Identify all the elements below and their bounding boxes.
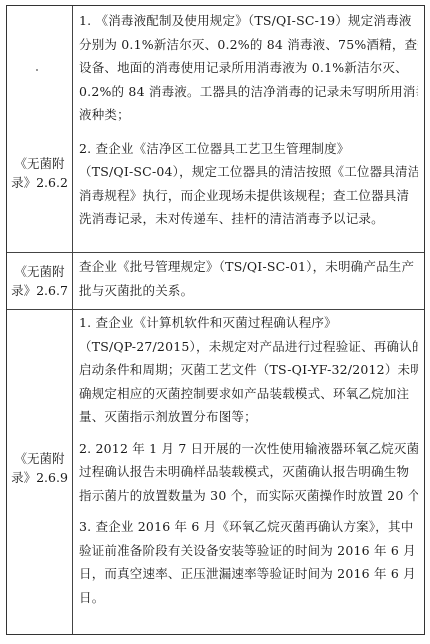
clause-label-line: 录》2.6.7 bbox=[11, 281, 68, 300]
text-line: 查企业《批号管理规定》（TS/QI-SC-01），未明确产品生产 bbox=[79, 255, 418, 279]
text-line: 日。 bbox=[79, 586, 418, 610]
text-line: 3. 查企业 2016 年 6 月《环氧乙烷灭菌再确认方案》，其中 bbox=[79, 515, 418, 539]
inspection-findings-table: 《无菌附 录》2.6.2 1. 《消毒液配制及使用规定》（TS/QI-SC-19… bbox=[6, 5, 425, 635]
finding-paragraph: 查企业《批号管理规定》（TS/QI-SC-01），未明确产品生产 批与灭菌批的关… bbox=[79, 255, 418, 302]
finding-paragraph: 2. 2012 年 1 月 7 日开展的一次性使用输液器环氧乙烷灭菌 过程确认报… bbox=[79, 437, 418, 508]
text-line: 确规定相应的灭菌控制要求如产品装载模式、环氧乙烷加注 bbox=[79, 382, 418, 406]
text-line: 指示菌片的放置数量为 30 个，而实际灭菌操作时放置 20 个； bbox=[79, 484, 418, 508]
text-line: 分别为 0.1%新洁尔灭、0.2%的 84 消毒液、75%酒精，查操作 bbox=[79, 33, 418, 57]
finding-paragraph: 2. 查企业《洁净区工位器具工艺卫生管理制度》 （TS/QI-SC-04），规定… bbox=[79, 137, 418, 231]
table-row: 《无菌附 录》2.6.2 1. 《消毒液配制及使用规定》（TS/QI-SC-19… bbox=[7, 6, 424, 252]
finding-paragraph: 1. 查企业《计算机软件和灭菌过程确认程序》 （TS/QP-27/2015），未… bbox=[79, 311, 418, 429]
text-line: 1. 查企业《计算机软件和灭菌过程确认程序》 bbox=[79, 311, 418, 335]
clause-label: 《无菌附 录》2.6.7 bbox=[7, 253, 73, 309]
finding-content: 1. 《消毒液配制及使用规定》（TS/QI-SC-19）规定消毒液 分别为 0.… bbox=[79, 9, 418, 252]
finding-paragraph: 3. 查企业 2016 年 6 月《环氧乙烷灭菌再确认方案》，其中 验证前准备阶… bbox=[79, 515, 418, 609]
text-line: 设备、地面的消毒使用记录所用消毒液为 0.1%新洁尔灭、 bbox=[79, 56, 418, 80]
text-line: 2. 查企业《洁净区工位器具工艺卫生管理制度》 bbox=[79, 137, 418, 161]
clause-label-line: 《无菌附 bbox=[14, 154, 64, 173]
finding-paragraph: 1. 《消毒液配制及使用规定》（TS/QI-SC-19）规定消毒液 分别为 0.… bbox=[79, 9, 418, 127]
text-line: 日，而真空速率、正压泄漏速率等验证时间为 2016 年 6 月 5 bbox=[79, 562, 418, 586]
clause-label-line: 录》2.6.9 bbox=[11, 468, 68, 487]
text-line: 液种类； bbox=[79, 103, 418, 127]
table-row: 《无菌附 录》2.6.7 查企业《批号管理规定》（TS/QI-SC-01），未明… bbox=[7, 252, 424, 309]
clause-label: 《无菌附 录》2.6.2 bbox=[7, 6, 73, 252]
text-line: 洗消毒记录，未对传递车、挂杆的清洁消毒予以记录。 bbox=[79, 207, 418, 231]
text-line: 消毒规程》执行，而企业现场未提供该规程；查工位器具清 bbox=[79, 184, 418, 208]
finding-content: 1. 查企业《计算机软件和灭菌过程确认程序》 （TS/QP-27/2015），未… bbox=[79, 311, 418, 634]
text-line: 量、灭菌指示剂放置分布图等； bbox=[79, 405, 418, 429]
clause-label: 《无菌附 录》2.6.9 bbox=[7, 310, 73, 634]
finding-content: 查企业《批号管理规定》（TS/QI-SC-01），未明确产品生产 批与灭菌批的关… bbox=[79, 255, 418, 309]
clause-label-line: 录》2.6.2 bbox=[11, 173, 68, 192]
text-line: （TS/QP-27/2015），未规定对产品进行过程验证、再确认的 bbox=[79, 335, 418, 359]
text-line: 批与灭菌批的关系。 bbox=[79, 279, 418, 303]
text-line: 验证前准备阶段有关设备安装等验证的时间为 2016 年 6 月 8 bbox=[79, 539, 418, 563]
text-line: 1. 《消毒液配制及使用规定》（TS/QI-SC-19）规定消毒液 bbox=[79, 9, 418, 33]
text-line: 启动条件和周期；灭菌工艺文件（TS-QI-YF-32/2012）未明 bbox=[79, 358, 418, 382]
text-line: 过程确认报告未明确样品装载模式，灭菌确认报告明确生物 bbox=[79, 460, 418, 484]
text-line: 2. 2012 年 1 月 7 日开展的一次性使用输液器环氧乙烷灭菌 bbox=[79, 437, 418, 461]
text-line: （TS/QI-SC-04），规定工位器具的清洁按照《工位器具清洁、 bbox=[79, 160, 418, 184]
clause-label-line: 《无菌附 bbox=[14, 449, 64, 468]
clause-label-line: 《无菌附 bbox=[14, 262, 64, 281]
table-row: 《无菌附 录》2.6.9 1. 查企业《计算机软件和灭菌过程确认程序》 （TS/… bbox=[7, 309, 424, 634]
text-line: 0.2%的 84 消毒液。工器具的洁净消毒的记录未写明所用消毒 bbox=[79, 80, 418, 104]
